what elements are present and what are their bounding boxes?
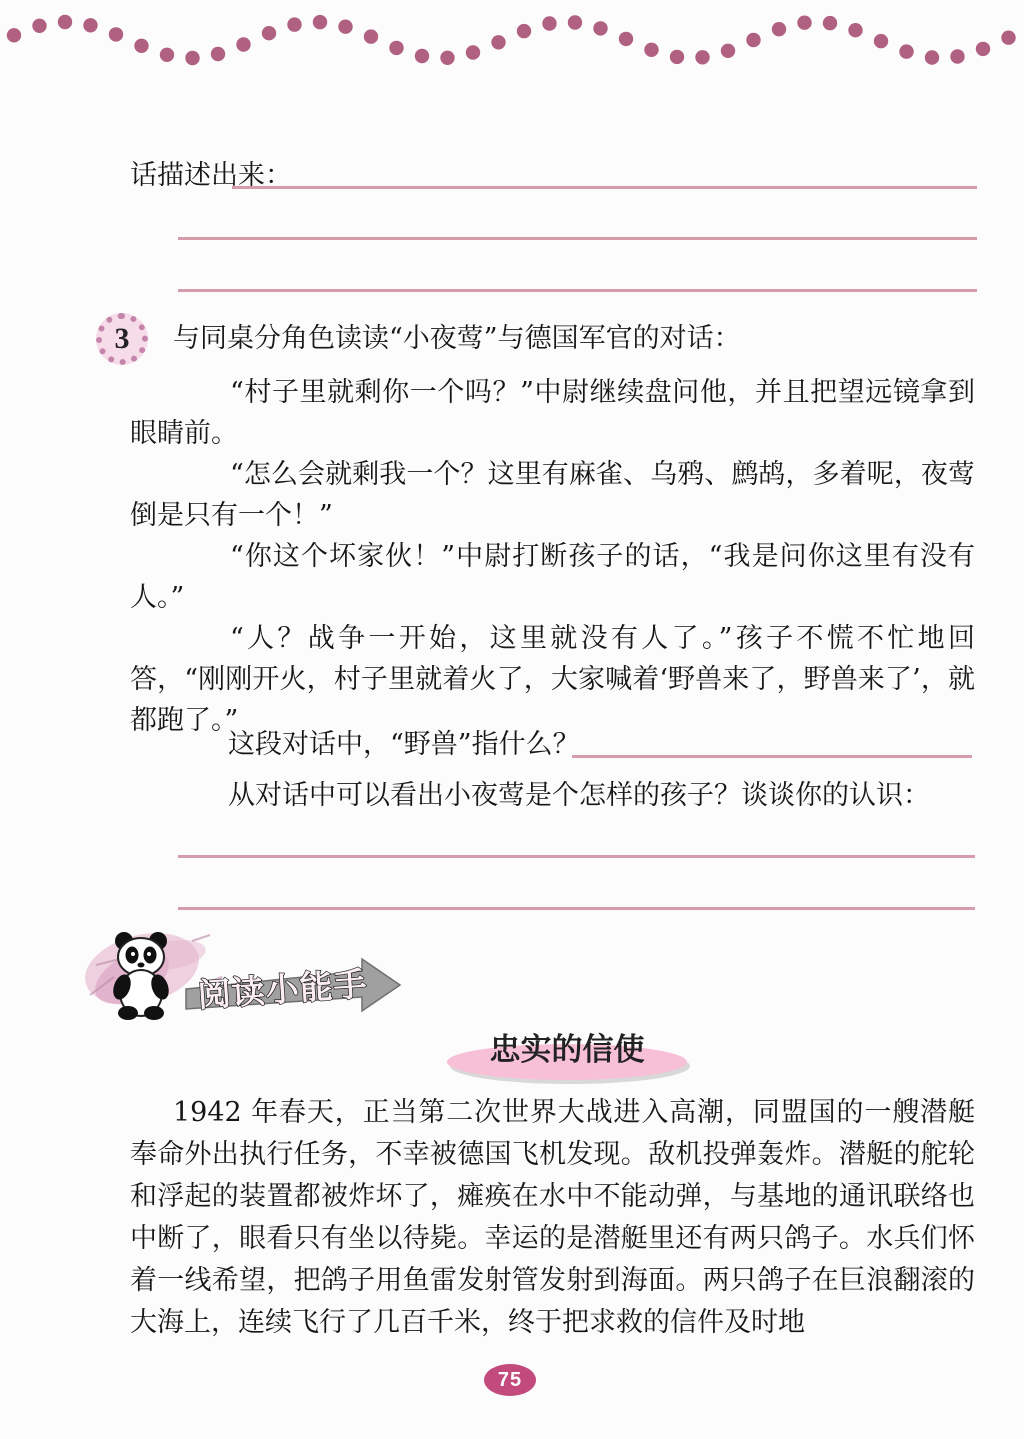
dialogue-paragraph: “人？战争一开始，这里就没有人了。”孩子不慌不忙地回答，“刚刚开火，村子里就着火… — [130, 618, 975, 741]
answer-line[interactable] — [178, 880, 975, 910]
workbook-page: 话描述出来： 3 与同桌分角色读读“小夜莺”与德国军官的对话： “村子里就剩你一… — [0, 0, 1024, 1439]
reading-title: 忠实的信使 — [415, 1024, 719, 1069]
page-number: 75 — [498, 1369, 522, 1392]
question-child-character: 从对话中可以看出小夜莺是个怎样的孩子？谈谈你的认识： — [228, 779, 988, 813]
dialogue-paragraph: “你这个坏家伙！”中尉打断孩子的话，“我是问你这里有没有人。” — [130, 536, 975, 618]
answer-line[interactable] — [232, 160, 977, 189]
exercise-prompt: 与同桌分角色读读“小夜莺”与德国军官的对话： — [173, 322, 973, 356]
answer-line[interactable] — [178, 828, 975, 858]
dialogue-block: “村子里就剩你一个吗？”中尉继续盘问他，并且把望远镜拿到眼睛前。 “怎么会就剩我… — [130, 372, 975, 741]
dialogue-paragraph: “村子里就剩你一个吗？”中尉继续盘问他，并且把望远镜拿到眼睛前。 — [130, 372, 975, 454]
answer-line[interactable] — [178, 210, 977, 240]
dotted-wave-border — [0, 0, 1024, 80]
exercise-number-badge: 3 — [96, 313, 148, 365]
answer-line[interactable] — [572, 728, 972, 758]
dialogue-paragraph: “怎么会就剩我一个？这里有麻雀、乌鸦、鹧鸪，多着呢，夜莺倒是只有一个！” — [130, 454, 975, 536]
exercise-number: 3 — [115, 322, 130, 356]
banner-title: 阅读小能手 — [197, 965, 369, 1014]
question-beast-meaning: 这段对话中，“野兽”指什么？ — [228, 728, 588, 762]
reading-passage: 1942 年春天，正当第二次世界大战进入高潮，同盟国的一艘潜艇奉命外出执行任务，… — [130, 1092, 975, 1344]
answer-line[interactable] — [178, 262, 977, 292]
reading-section-banner: 阅读小能手 — [80, 925, 420, 1027]
page-number-badge: 75 — [484, 1364, 536, 1396]
reading-title-block: 忠实的信使 — [415, 1022, 719, 1082]
reading-paragraph: 1942 年春天，正当第二次世界大战进入高潮，同盟国的一艘潜艇奉命外出执行任务，… — [130, 1092, 975, 1344]
